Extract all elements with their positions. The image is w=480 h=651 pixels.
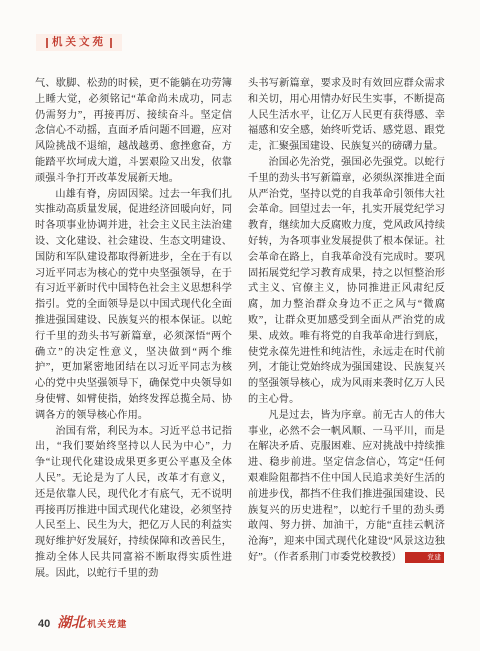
paragraph: 治国必先治党，强国必先强党。以蛇行千里的劲头书写新篇章，必须纵深推进全面从严治党… xyxy=(248,155,445,408)
left-column: 气、歇脚、松劲的时候，更不能躺在功劳簿上睡大觉，必须铭记“革命尚未成功，同志仍需… xyxy=(35,76,232,582)
header-left-bar-icon xyxy=(46,38,48,48)
page-footer: 40 湖北 机关党建 xyxy=(38,612,127,632)
article-body: 气、歇脚、松劲的时候，更不能躺在功劳簿上睡大觉，必须铭记“革命尚未成功，同志仍需… xyxy=(35,76,445,582)
paragraph: 治国有常，利民为本。习近平总书记指出，“我们要始终坚持以人民为中心”，力争“让现… xyxy=(35,424,232,582)
magazine-logo-subtitle: 机关党建 xyxy=(87,617,127,630)
paragraph: 山雄有脊，房固因梁。过去一年我们扎实推动高质量发展，促进经济回暖向好，同时各项事… xyxy=(35,187,232,424)
paragraph-continuation: 头书写新篇章，要求及时有效回应群众需求和关切，用心用情办好民生实事，不断提高人民… xyxy=(248,76,445,155)
paragraph-text: 凡是过去，皆为序章。前无古人的伟大事业，必然不会一帆风顺、一马平川，而是在解决矛… xyxy=(248,410,445,563)
end-mark-label: 党建 xyxy=(427,554,441,561)
page-number: 40 xyxy=(38,618,50,630)
header-right-bar-icon xyxy=(110,38,112,48)
section-title: 机关文苑 xyxy=(52,37,106,48)
paragraph-last: 凡是过去，皆为序章。前无古人的伟大事业，必然不会一帆风顺、一马平川，而是在解决矛… xyxy=(248,408,445,566)
section-header: 机关文苑 xyxy=(36,34,122,51)
article-end-mark: 党建 xyxy=(405,552,444,563)
magazine-page: 机关文苑 气、歇脚、松劲的时候，更不能躺在功劳簿上睡大觉，必须铭记“革命尚未成功… xyxy=(0,0,480,651)
right-column: 头书写新篇章，要求及时有效回应群众需求和关切，用心用情办好民生实事，不断提高人民… xyxy=(248,76,445,582)
paragraph-continuation: 气、歇脚、松劲的时候，更不能躺在功劳簿上睡大觉，必须铭记“革命尚未成功，同志仍需… xyxy=(35,76,232,187)
magazine-logo: 湖北 xyxy=(57,612,85,632)
